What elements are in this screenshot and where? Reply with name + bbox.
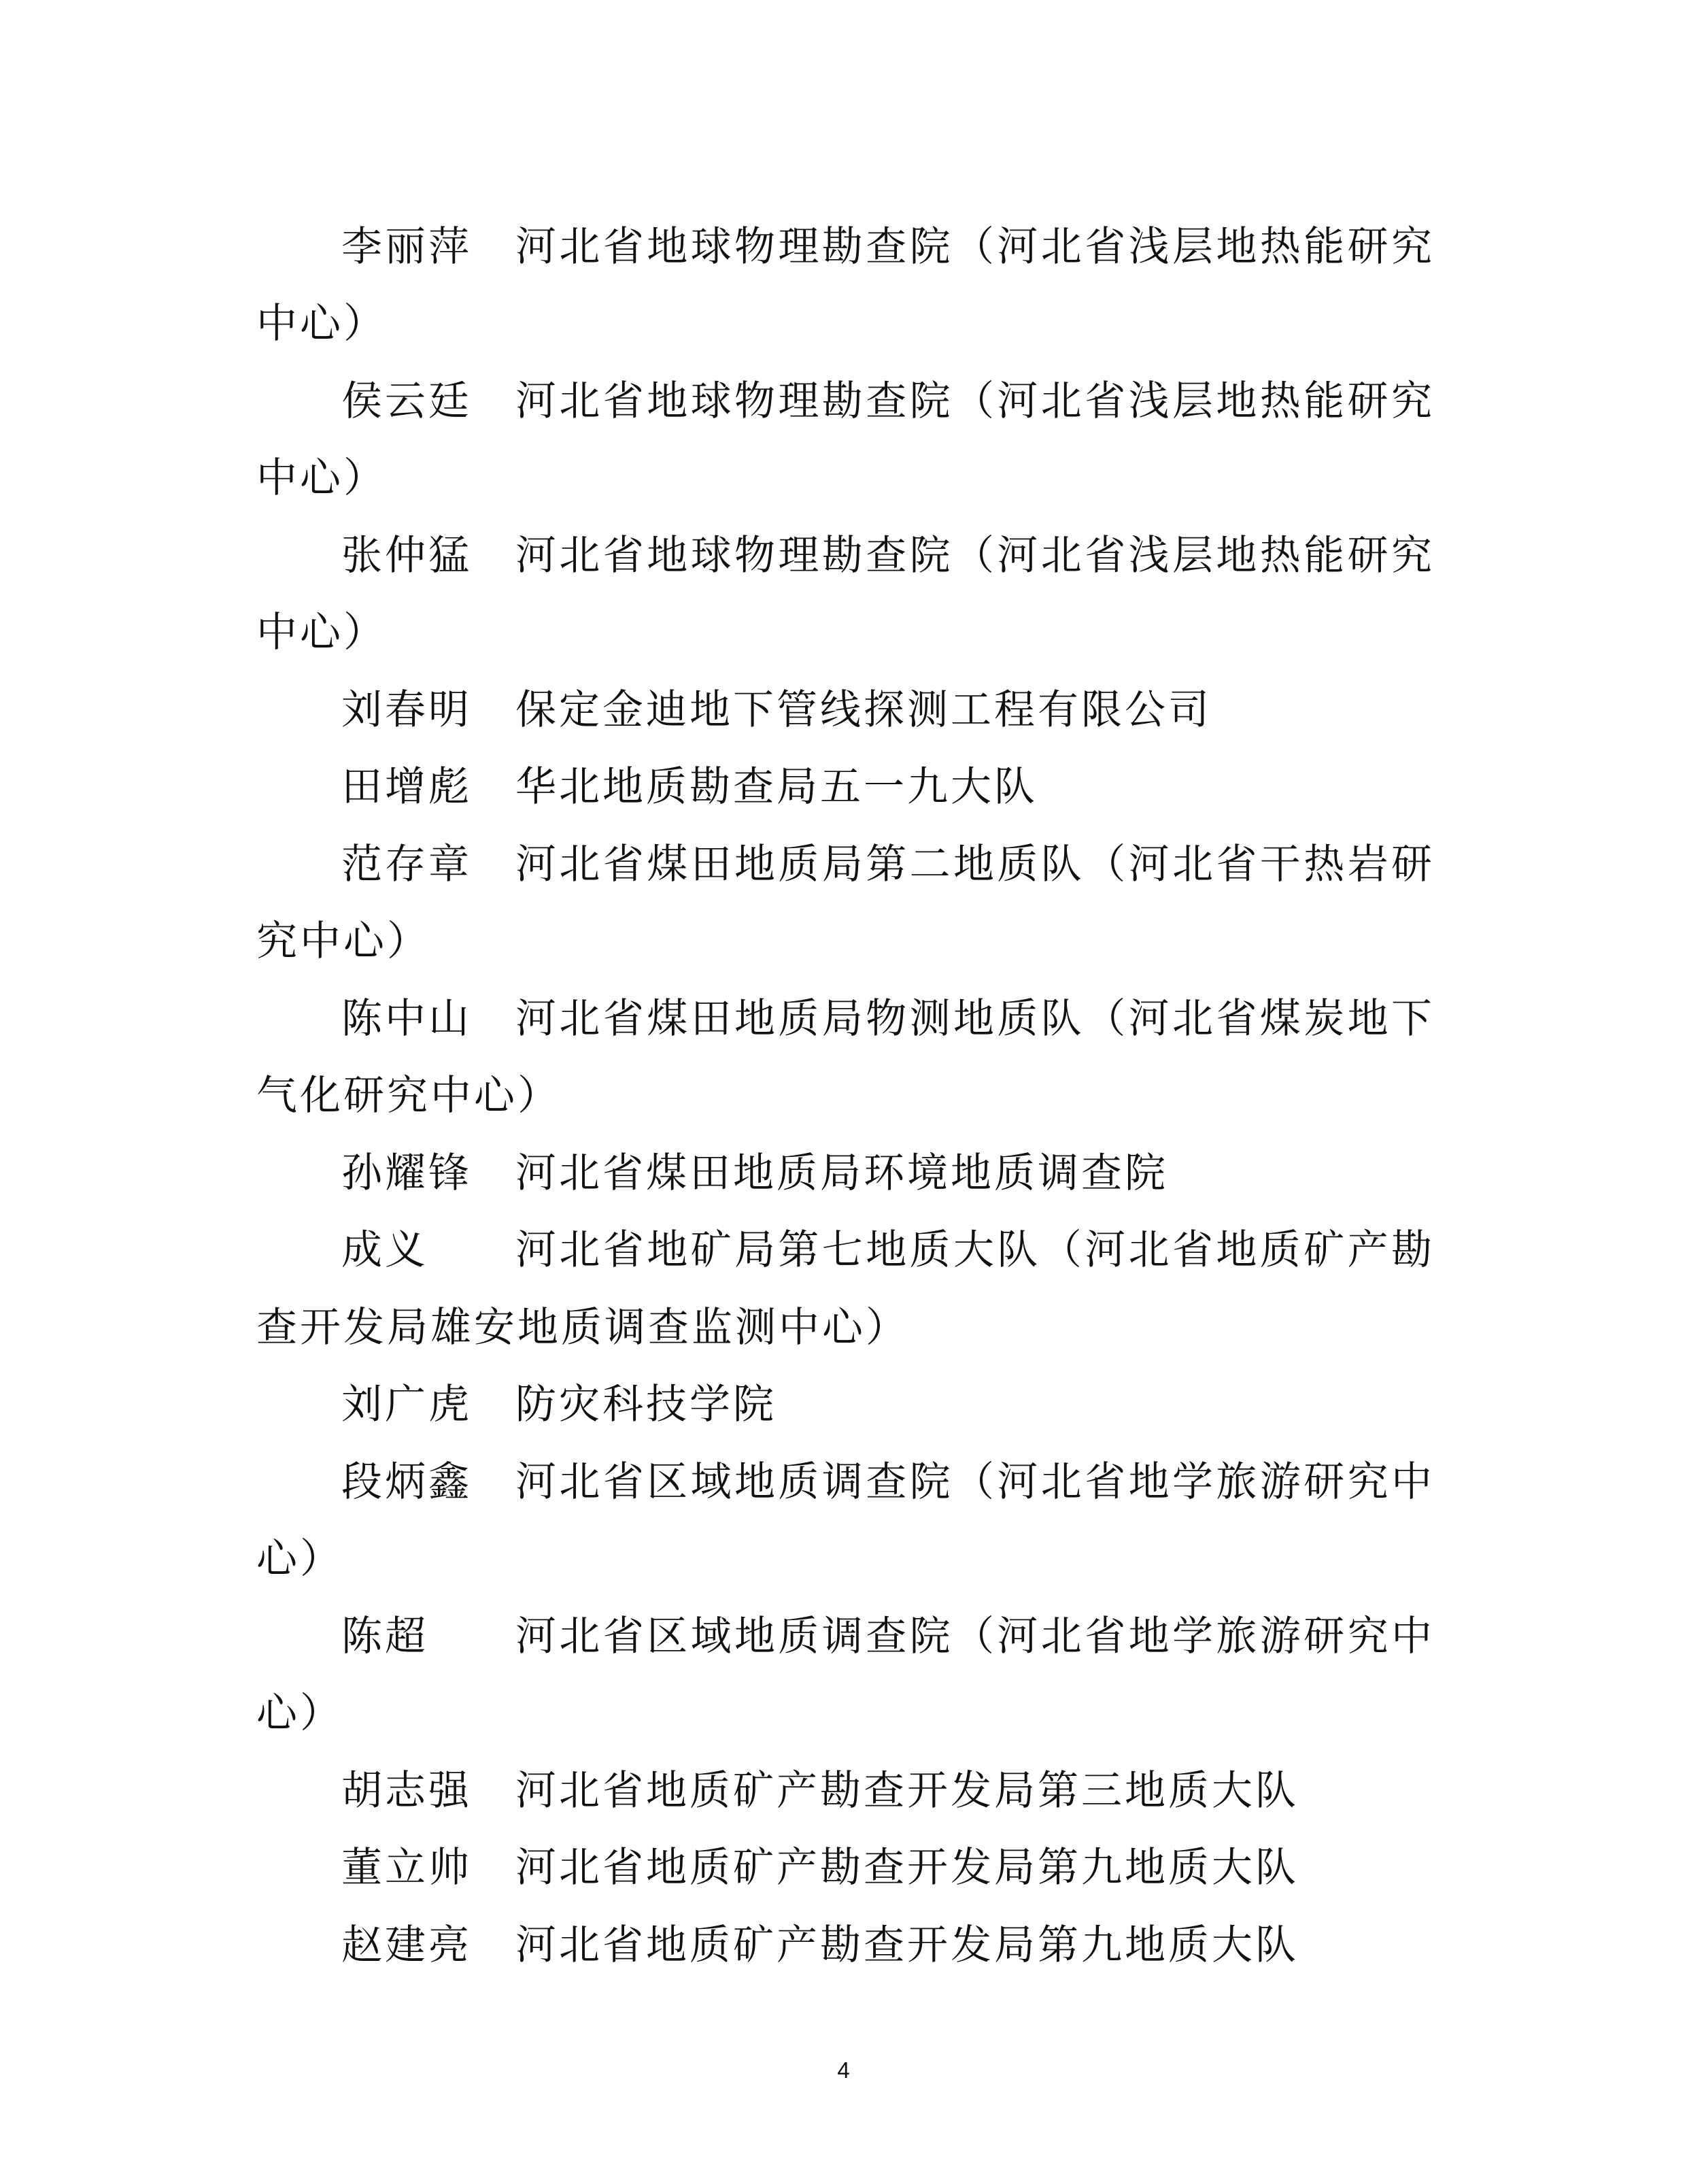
list-entry-line: 赵建亮 河北省地质矿产勘查开发局第九地质大队 xyxy=(0,1907,1687,1984)
person-name: 范存章 xyxy=(341,826,472,903)
organization-name: 河北省区域地质调查院（河北省地学旅游研究中 xyxy=(515,1444,1435,1521)
person-name: 侯云廷 xyxy=(341,363,472,440)
person-name: 陈超 xyxy=(341,1598,428,1675)
list-entry-continuation: 心） xyxy=(0,1675,1687,1752)
page-number: 4 xyxy=(0,2055,1687,2085)
person-name: 成义 xyxy=(341,1212,428,1289)
organization-name: 河北省地质矿产勘查开发局第三地质大队 xyxy=(515,1753,1299,1830)
list-entry-line: 董立帅 河北省地质矿产勘查开发局第九地质大队 xyxy=(0,1830,1687,1906)
list-entry-continuation: 气化研究中心） xyxy=(0,1058,1687,1135)
list-entry-continuation: 查开发局雄安地质调查监测中心） xyxy=(0,1290,1687,1366)
organization-name: 河北省地球物理勘查院（河北省浅层地热能研究 xyxy=(515,209,1435,286)
person-name: 胡志强 xyxy=(341,1753,472,1830)
organization-name: 河北省地质矿产勘查开发局第九地质大队 xyxy=(515,1830,1299,1906)
organization-name: 华北地质勘查局五一九大队 xyxy=(515,749,1038,826)
list-entry-continuation: 心） xyxy=(0,1521,1687,1598)
organization-name-continuation: 气化研究中心） xyxy=(256,1058,561,1135)
person-name: 田增彪 xyxy=(341,749,472,826)
organization-name: 防灾科技学院 xyxy=(515,1366,777,1443)
person-name: 陈中山 xyxy=(341,981,472,1058)
list-entry-line: 田增彪 华北地质勘查局五一九大队 xyxy=(0,749,1687,826)
list-entry-line: 刘广虎 防灾科技学院 xyxy=(0,1366,1687,1443)
list-entry-continuation: 究中心） xyxy=(0,903,1687,980)
person-name: 刘春明 xyxy=(341,672,472,749)
person-name: 赵建亮 xyxy=(341,1907,472,1984)
person-name: 李丽萍 xyxy=(341,209,472,286)
organization-name-continuation: 查开发局雄安地质调查监测中心） xyxy=(256,1290,909,1366)
list-entry-line: 侯云廷 河北省地球物理勘查院（河北省浅层地热能研究 xyxy=(0,363,1687,440)
list-entry-line: 段炳鑫 河北省区域地质调查院（河北省地学旅游研究中 xyxy=(0,1444,1687,1521)
organization-name: 河北省煤田地质局物测地质队（河北省煤炭地下 xyxy=(515,981,1435,1058)
list-entry-line: 陈超 河北省区域地质调查院（河北省地学旅游研究中 xyxy=(0,1598,1687,1675)
organization-name: 保定金迪地下管线探测工程有限公司 xyxy=(515,672,1212,749)
organization-name: 河北省地球物理勘查院（河北省浅层地热能研究 xyxy=(515,363,1435,440)
list-entry-line: 陈中山 河北省煤田地质局物测地质队（河北省煤炭地下 xyxy=(0,981,1687,1058)
organization-name: 河北省地球物理勘查院（河北省浅层地热能研究 xyxy=(515,518,1435,594)
list-entry-line: 成义 河北省地矿局第七地质大队（河北省地质矿产勘 xyxy=(0,1212,1687,1289)
list-entry-line: 刘春明 保定金迪地下管线探测工程有限公司 xyxy=(0,672,1687,749)
person-name: 刘广虎 xyxy=(341,1366,472,1443)
list-entry-continuation: 中心） xyxy=(0,440,1687,517)
organization-name-continuation: 中心） xyxy=(256,594,387,671)
organization-name-continuation: 究中心） xyxy=(256,903,430,980)
document-page: 李丽萍 河北省地球物理勘查院（河北省浅层地热能研究 中心） 侯云廷 河北省地球物… xyxy=(0,0,1687,2184)
organization-name-continuation: 心） xyxy=(256,1675,343,1752)
list-entry-line: 胡志强 河北省地质矿产勘查开发局第三地质大队 xyxy=(0,1753,1687,1830)
list-entry-line: 范存章 河北省煤田地质局第二地质队（河北省干热岩研 xyxy=(0,826,1687,903)
list-entry-line: 孙耀锋 河北省煤田地质局环境地质调查院 xyxy=(0,1135,1687,1212)
list-entry-line: 张仲猛 河北省地球物理勘查院（河北省浅层地热能研究 xyxy=(0,518,1687,594)
person-name: 董立帅 xyxy=(341,1830,472,1906)
list-entry-continuation: 中心） xyxy=(0,594,1687,671)
organization-name-continuation: 中心） xyxy=(256,286,387,363)
organization-name: 河北省煤田地质局环境地质调查院 xyxy=(515,1135,1168,1212)
organization-name-continuation: 心） xyxy=(256,1521,343,1598)
organization-name: 河北省地矿局第七地质大队（河北省地质矿产勘 xyxy=(515,1212,1435,1289)
organization-name-continuation: 中心） xyxy=(256,440,387,517)
organization-name: 河北省煤田地质局第二地质队（河北省干热岩研 xyxy=(515,826,1435,903)
organization-name: 河北省区域地质调查院（河北省地学旅游研究中 xyxy=(515,1598,1435,1675)
list-entry-continuation: 中心） xyxy=(0,286,1687,363)
person-name: 孙耀锋 xyxy=(341,1135,472,1212)
person-name: 段炳鑫 xyxy=(341,1444,472,1521)
list-entry-line: 李丽萍 河北省地球物理勘查院（河北省浅层地热能研究 xyxy=(0,209,1687,286)
person-name: 张仲猛 xyxy=(341,518,472,594)
organization-name: 河北省地质矿产勘查开发局第九地质大队 xyxy=(515,1907,1299,1984)
